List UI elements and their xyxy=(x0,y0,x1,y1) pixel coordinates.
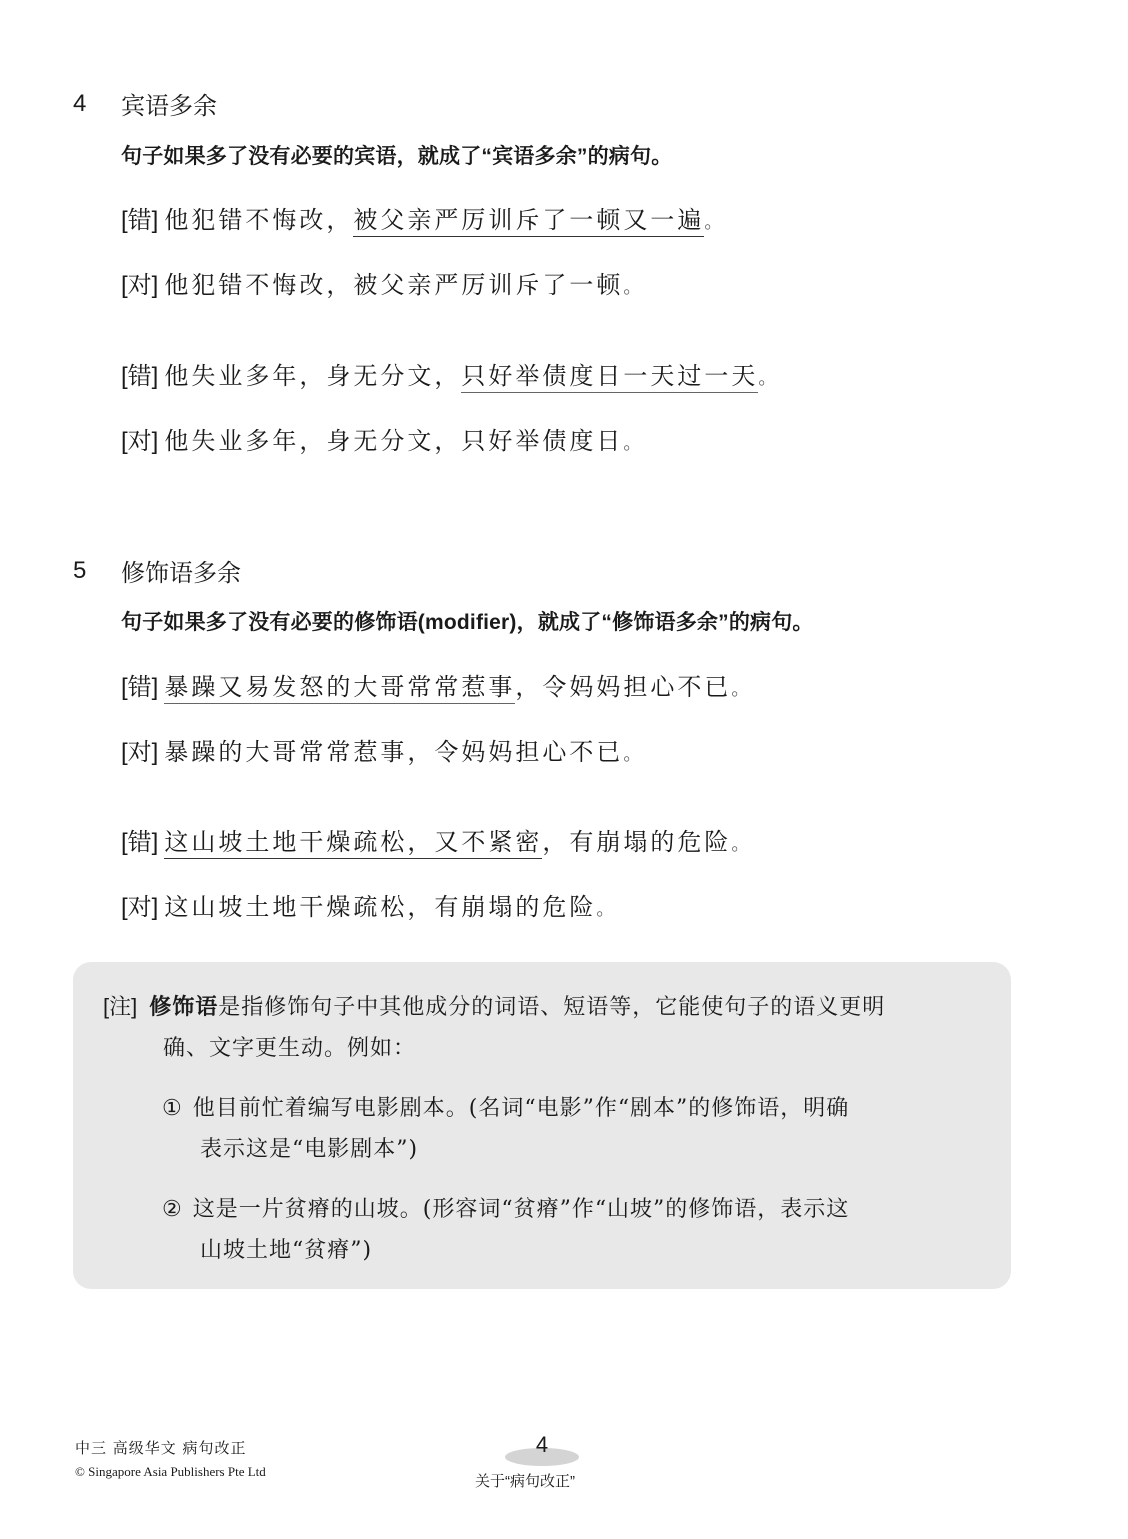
example-wrong: [错]暴躁又易发怒的大哥常常惹事，令妈妈担心不已。 xyxy=(121,667,752,702)
chapter-title: 关于“病句改正” xyxy=(475,1470,575,1491)
note-text: 是指修饰句子中其他成分的词语、短语等，它能使句子的语义更明 xyxy=(218,995,885,1020)
example-correct: [对]暴躁的大哥常常惹事，令妈妈担心不已。 xyxy=(121,732,644,767)
example-wrong: [错]这山坡土地干燥疏松，又不紧密，有崩塌的危险。 xyxy=(121,822,752,857)
example-wrong: [错]他犯错不悔改，被父亲严厉训斥了一顿又一遍。 xyxy=(121,200,725,235)
full-stop: 。 xyxy=(623,744,644,765)
full-stop: 。 xyxy=(623,433,644,454)
correct-tag: [对] xyxy=(121,272,158,299)
full-stop: 。 xyxy=(758,368,779,389)
circled-number: ② xyxy=(162,1197,183,1222)
example-wrong: [错]他失业多年，身无分文，只好举债度日一天过一天。 xyxy=(121,356,779,391)
wrong-tag: [错] xyxy=(121,674,158,701)
wrong-tag: [错] xyxy=(121,829,158,856)
page-number: 4 xyxy=(505,1432,579,1458)
wrong-tag: [错] xyxy=(121,363,158,390)
underlined-error: 只好举债度日一天过一天 xyxy=(461,362,758,393)
full-stop: 。 xyxy=(623,277,644,298)
wrong-tag: [错] xyxy=(121,207,158,234)
correct-tag: [对] xyxy=(121,894,158,921)
underlined-error: 被父亲严厉训斥了一顿又一遍 xyxy=(353,206,704,237)
note-example-2: ②这是一片贫瘠的山坡。(形容词“贫瘠”作“山坡”的修饰语，表示这 xyxy=(162,1192,849,1223)
full-stop: 。 xyxy=(731,679,752,700)
example-text: 他失业多年，身无分文，只好举债度日 xyxy=(164,427,623,455)
section-5-intro: 句子如果多了没有必要的修饰语(modifier)，就成了“修饰语多余”的病句。 xyxy=(121,606,814,636)
example-text: ，有崩塌的危险 xyxy=(542,828,731,856)
correct-tag: [对] xyxy=(121,428,158,455)
example-correct: [对]他犯错不悔改，被父亲严厉训斥了一顿。 xyxy=(121,265,644,300)
section-number: 5 xyxy=(73,557,121,585)
copyright: © Singapore Asia Publishers Pte Ltd xyxy=(75,1464,266,1480)
section-title: 修饰语多余 xyxy=(121,553,241,588)
example-text: 他犯错不悔改， xyxy=(164,206,353,234)
note-example-1: ①他目前忙着编写电影剧本。(名词“电影”作“剧本”的修饰语，明确 xyxy=(162,1091,849,1122)
section-5-heading: 5 修饰语多余 xyxy=(73,553,241,588)
example-text: 他失业多年，身无分文， xyxy=(164,362,461,390)
note-example-2-cont: 山坡土地“贫瘠”) xyxy=(200,1233,372,1264)
correct-tag: [对] xyxy=(121,739,158,766)
note-example-1-cont: 表示这是“电影剧本”) xyxy=(200,1132,418,1163)
circled-number: ① xyxy=(162,1096,183,1121)
full-stop: 。 xyxy=(731,834,752,855)
section-number: 4 xyxy=(73,90,121,118)
full-stop: 。 xyxy=(596,899,617,920)
full-stop: 。 xyxy=(704,212,725,233)
note-term: 修饰语 xyxy=(149,994,218,1019)
note-tag: [注] xyxy=(103,994,137,1019)
example-text: 这山坡土地干燥疏松，有崩塌的危险 xyxy=(164,893,596,921)
example-correct: [对]这山坡土地干燥疏松，有崩塌的危险。 xyxy=(121,887,617,922)
underlined-error: 暴躁又易发怒的大哥常常惹事 xyxy=(164,673,515,704)
example-text: ，令妈妈担心不已 xyxy=(515,673,731,701)
note-example-text: 这是一片贫瘠的山坡。(形容词“贫瘠”作“山坡”的修饰语，表示这 xyxy=(193,1197,850,1222)
section-4-heading: 4 宾语多余 xyxy=(73,86,217,121)
book-title: 中三 高级华文 病句改正 xyxy=(75,1437,247,1458)
underlined-error: 这山坡土地干燥疏松，又不紧密 xyxy=(164,828,542,859)
example-correct: [对]他失业多年，身无分文，只好举债度日。 xyxy=(121,421,644,456)
note-definition-line-2: 确、文字更生动。例如： xyxy=(163,1031,416,1062)
example-text: 他犯错不悔改，被父亲严厉训斥了一顿 xyxy=(164,271,623,299)
note-definition-line-1: [注]修饰语是指修饰句子中其他成分的词语、短语等，它能使句子的语义更明 xyxy=(103,990,885,1021)
section-title: 宾语多余 xyxy=(121,86,217,121)
example-text: 暴躁的大哥常常惹事，令妈妈担心不已 xyxy=(164,738,623,766)
section-4-intro: 句子如果多了没有必要的宾语，就成了“宾语多余”的病句。 xyxy=(121,140,672,170)
note-example-text: 他目前忙着编写电影剧本。(名词“电影”作“剧本”的修饰语，明确 xyxy=(193,1096,850,1121)
